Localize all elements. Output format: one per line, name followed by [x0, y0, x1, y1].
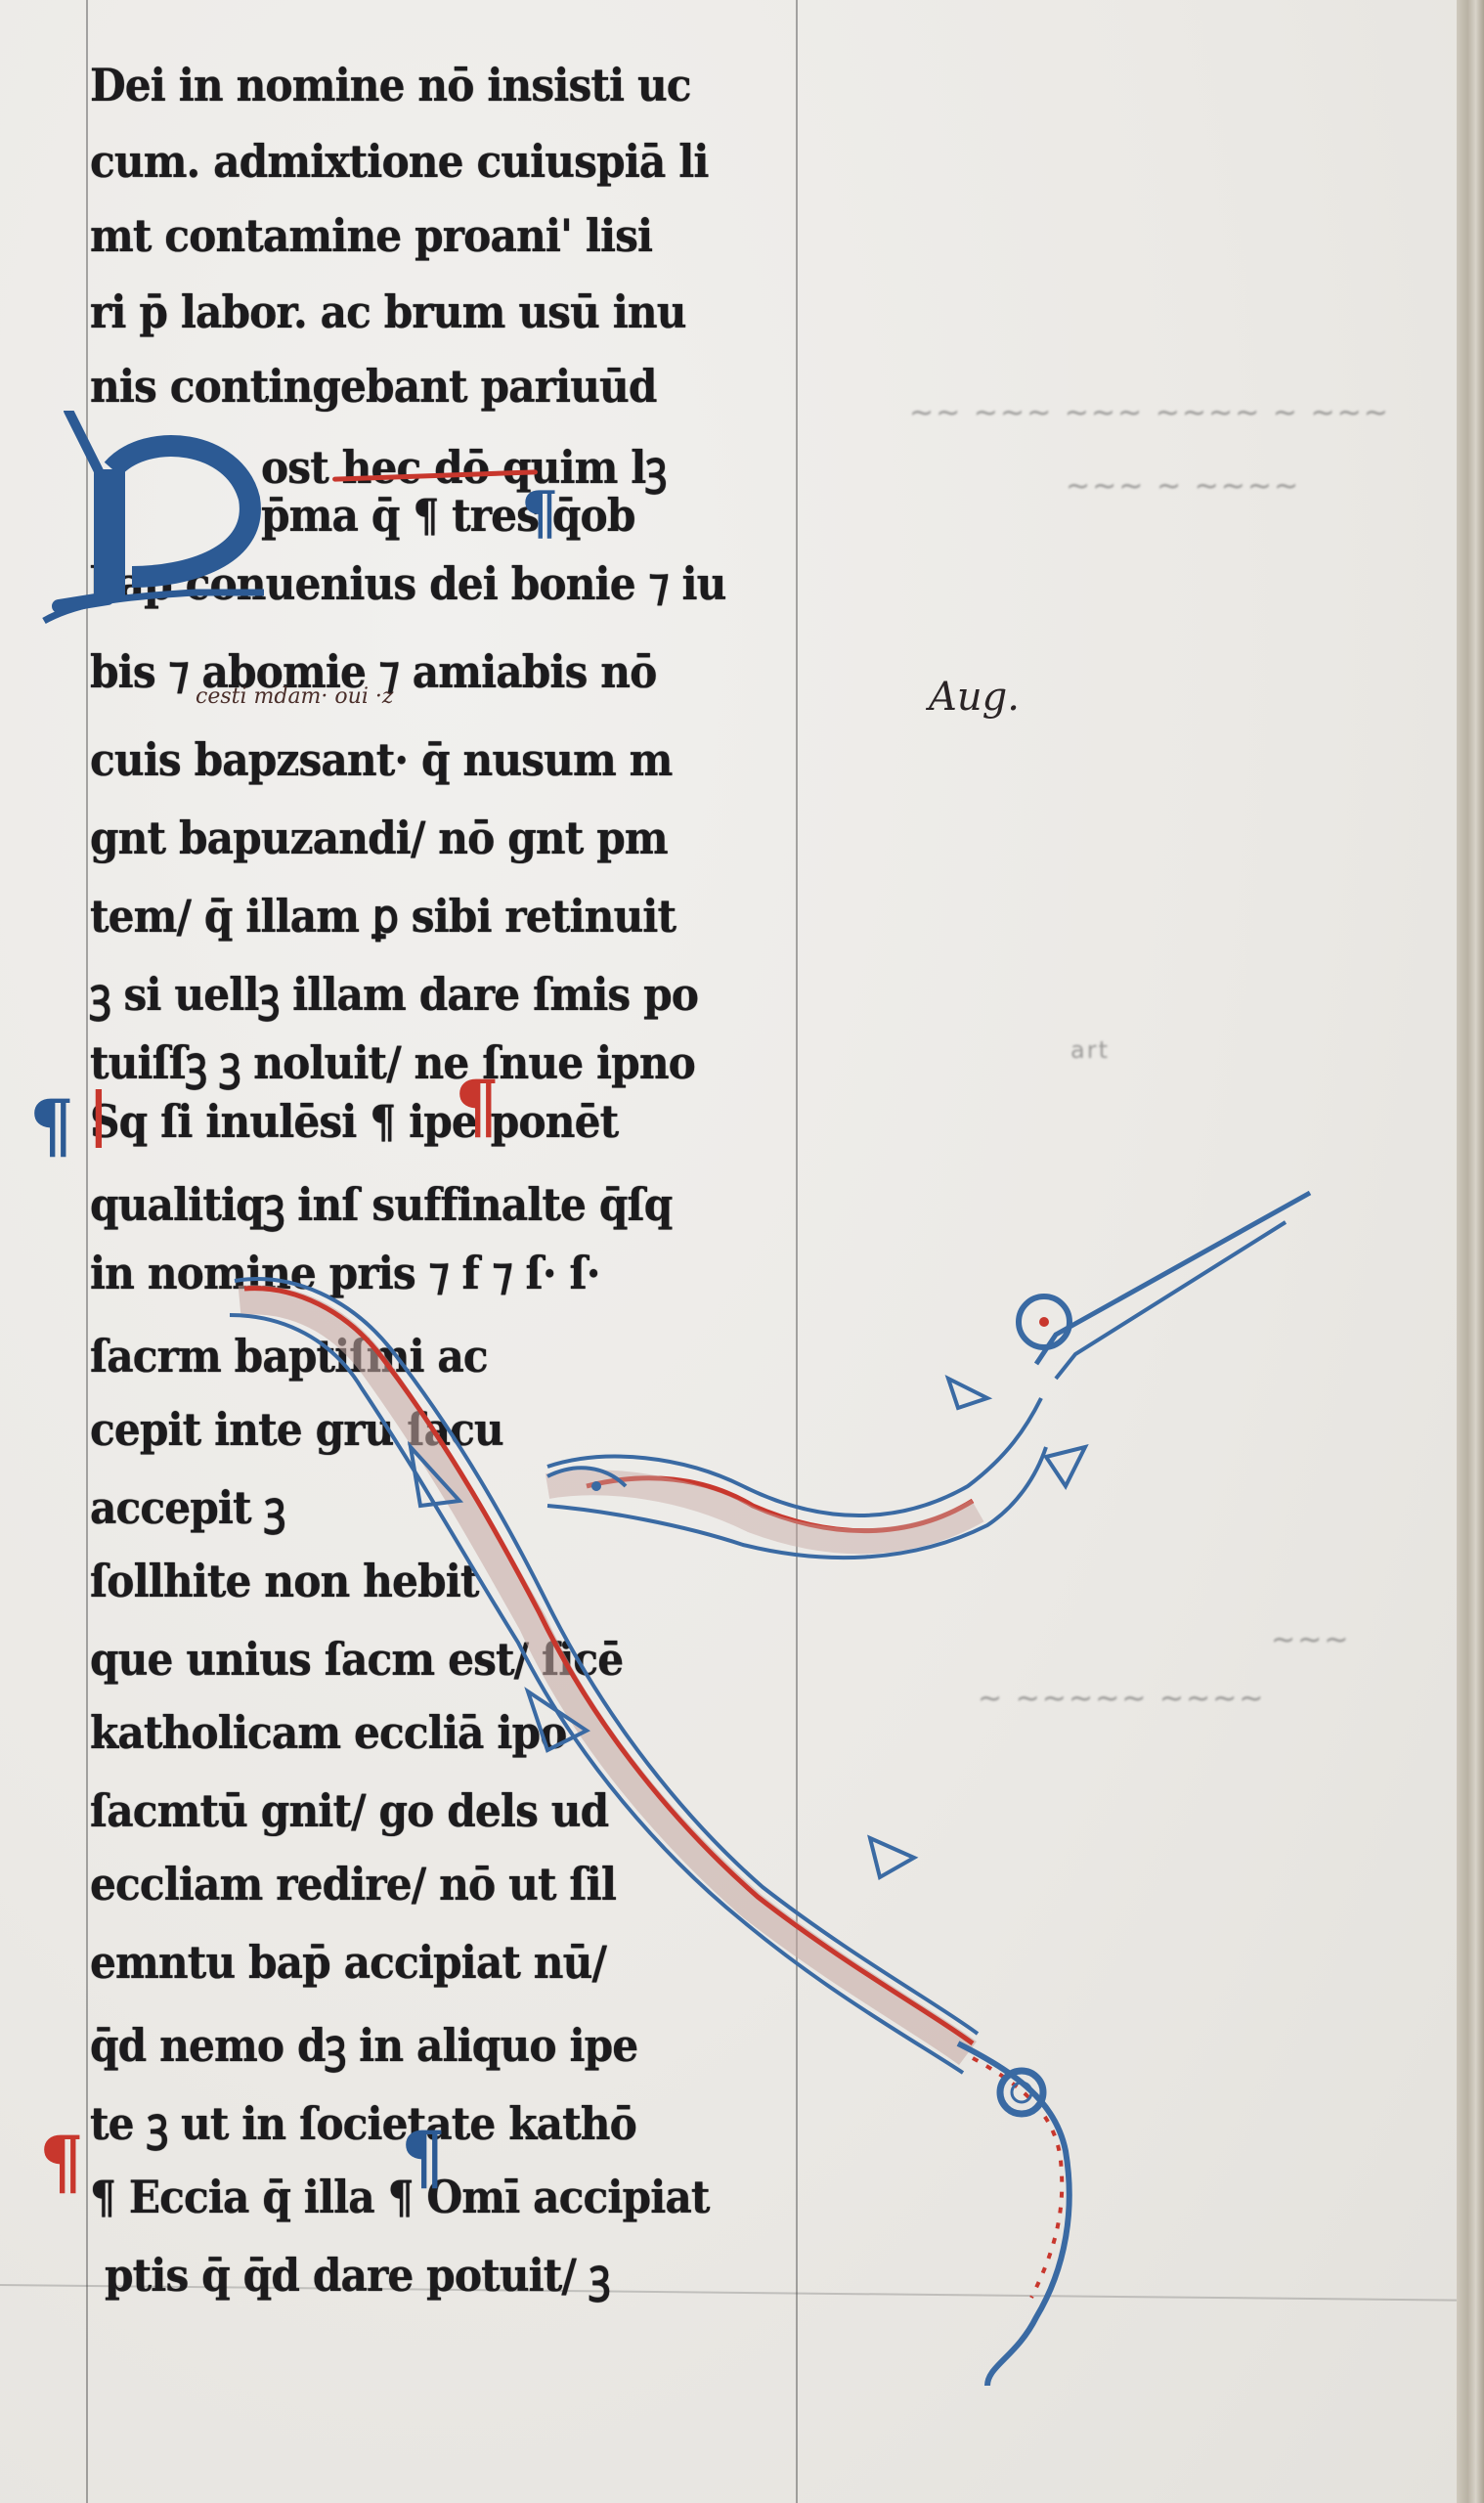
text-line: Dei in nomine nō insisti uc — [90, 59, 691, 127]
pencil-note: art — [1070, 1036, 1110, 1064]
text-line: accepit ꝫ — [90, 1476, 284, 1545]
text-line: ſollhite non hebit — [90, 1555, 478, 1623]
text-line: ptis q̄ q̄d dare potuit/ ꝫ — [105, 2244, 609, 2312]
pencil-note: ~~~ — [1271, 1623, 1350, 1657]
paragraph-mark-red: ¶ — [455, 1071, 500, 1141]
manuscript-folio: Dei in nomine nō insisti uc cum. admixti… — [0, 0, 1457, 2503]
text-line: mt contamine proani' lisi — [90, 209, 652, 278]
left-ruling-line — [86, 0, 88, 2503]
text-line: cepit inte gru ſacu — [90, 1403, 503, 1471]
text-line: emntu bap̄ accipiat nū/ — [90, 1936, 606, 2004]
text-line: eccliam redire/ nō ut ſil — [90, 1858, 616, 1926]
binding-gutter — [1457, 0, 1484, 2503]
text-line: ꝫ si uellꝫ illam dare ſmis po — [90, 963, 698, 1032]
text-line: gnt bapuzandi/ nō gnt pm — [90, 812, 668, 880]
paragraph-mark-blue: ¶ — [521, 484, 558, 543]
margin-note-aug: Aug. — [929, 675, 1020, 720]
interlinear-gloss: cesti mdam· oui ·z — [196, 684, 393, 709]
paragraph-mark-red: ¶ — [39, 2127, 84, 2197]
pencil-note: ~ ~~~~~ ~~~~ — [978, 1682, 1265, 1716]
text-line: te ꝫ ut in ſocietate kathō — [90, 2092, 636, 2161]
text-line: ri p̄ labor. ac brum usū inu — [90, 285, 686, 354]
paragraph-mark-blue: ¶ — [29, 1090, 74, 1161]
decorated-initial-p — [39, 411, 264, 626]
paragraph-mark-red: | — [88, 1085, 109, 1144]
text-line: qualitiqꝫ inſ suffinalte q̄ſq — [90, 1173, 672, 1242]
right-ruling-line — [796, 0, 798, 2503]
text-line: ſacmtū gnit/ go dels ud — [90, 1784, 608, 1853]
text-line: ¶ Eccia q̄ illa ¶ Omī accipiat — [90, 2171, 710, 2239]
pencil-note: ~~ ~~~ ~~~ ~~~~ ~ ~~~ — [909, 396, 1390, 430]
text-line: q̄d nemo dꝫ in aliquo ipe — [90, 2014, 637, 2083]
text-line: tem/ q̄ illam ꝑ sibi retinuit — [90, 890, 676, 958]
text-line: in nomine pris ⁊ f ⁊ ſ· ſ· — [90, 1247, 600, 1315]
pencil-note: ~~~ ~ ~~~~ — [1066, 469, 1300, 504]
text-line: katholicam eccliā ipo — [90, 1706, 566, 1775]
text-line: p̄ma q̄ ¶ tres q̄ob — [261, 489, 635, 557]
text-line: cum. admixtione cuiuspiā li — [90, 135, 709, 203]
paragraph-mark-blue: ¶ — [401, 2122, 446, 2192]
text-line: cuis bapzsant· q̄ nusum m — [90, 733, 673, 802]
text-line: que unius ſacm est/ ſicē — [90, 1633, 623, 1701]
text-line: Sq ſi inulēsi ¶ ipe ponēt — [90, 1095, 618, 1164]
text-line: ſacrm baptiſmi ac — [90, 1330, 488, 1398]
text-line: tuiſſꝫ ꝫ noluit/ ne ſnue ipno — [90, 1032, 695, 1100]
